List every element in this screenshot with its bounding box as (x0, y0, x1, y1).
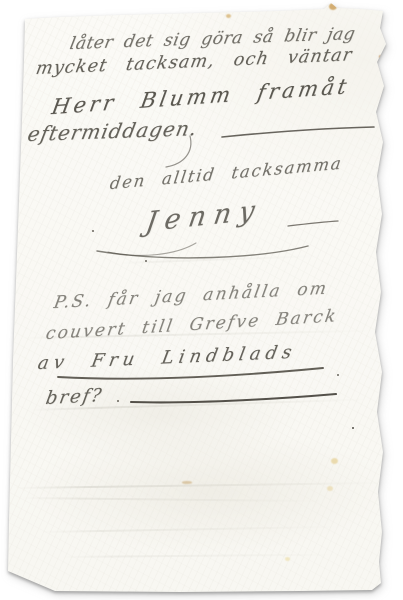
letter-photo: låter det sig göra så blir jag mycket ta… (0, 0, 403, 600)
foxing-spot (182, 481, 192, 484)
foxing-spot (379, 55, 383, 59)
paper-crease (60, 554, 340, 558)
foxing-spot (329, 3, 337, 10)
postscript-line-1: P.S. får jag anhålla om (52, 279, 330, 314)
foxing-spot (285, 557, 290, 561)
ink-dash-beside-signature (288, 221, 338, 226)
handwriting-line-4: eftermiddagen. (26, 116, 200, 146)
paper-shadow: låter det sig göra så blir jag mycket ta… (0, 0, 403, 600)
ink-dot (352, 427, 354, 429)
handwriting-line-3: Herr Blumm framåt (50, 74, 352, 119)
letter-paper: låter det sig göra så blir jag mycket ta… (0, 0, 403, 600)
ink-dash-after-eftermiddagen (222, 127, 374, 137)
foxing-spot (226, 14, 231, 18)
ink-dot (145, 260, 147, 262)
ink-dot (92, 230, 94, 232)
foxing-spot (327, 486, 333, 491)
ink-dot (337, 374, 339, 376)
paper-crease (22, 497, 322, 502)
handwriting-line-5: den alltid tacksamma (109, 153, 344, 193)
postscript-line-3: av Fru Lindblads (36, 342, 298, 374)
foxing-spot (331, 458, 338, 464)
signature-tail-stroke (108, 243, 196, 255)
ink-dot (117, 400, 119, 402)
postscript-line-2: couvert till Grefve Barck (44, 306, 339, 344)
signature: Jenny (143, 194, 264, 238)
postscript-line-4: bref? (44, 385, 105, 409)
paper-crease (120, 255, 320, 264)
paper-crease (40, 526, 340, 533)
